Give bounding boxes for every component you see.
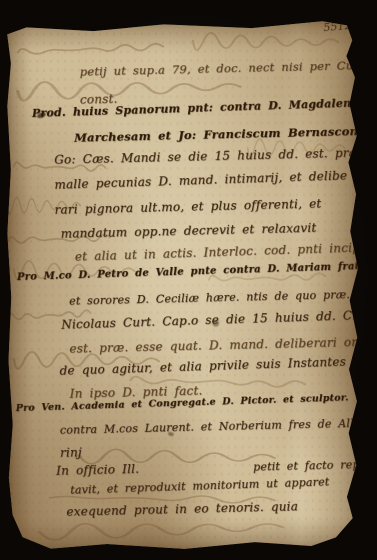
ink-bleedthrough-stroke [68, 449, 278, 463]
manuscript-line: Go: Cæs. Mandi se die 15 huius dd. est. … [54, 146, 360, 167]
scan-background: 5512 petij ut sup.a 79, et doc. nect nis… [0, 0, 377, 560]
manuscript-line: contra M.cos Laurent. et Norberium fres … [60, 417, 361, 437]
manuscript-line: In officio Ill. [56, 462, 139, 478]
manuscript-page: 5512 petij ut sup.a 79, et doc. nect nis… [5, 19, 360, 552]
manuscript-line: petit et facto repor [253, 458, 361, 474]
ink-bleedthrough-stroke [26, 520, 286, 538]
manuscript-line: petij ut sup.a 79, et doc. nect nisi per… [80, 58, 361, 79]
manuscript-line: et sorores D. Ceciliæ hære. ntis de quo … [69, 287, 361, 308]
ink-bleedthrough-stroke [15, 39, 165, 57]
folio-number: 5512 [323, 19, 352, 34]
ink-bleedthrough-stroke [14, 80, 244, 97]
manuscript-line: rinj [60, 445, 82, 460]
ink-bleedthrough-stroke [190, 35, 340, 49]
manuscript-line: mandatum opp.ne decrevit et relaxavit [61, 221, 317, 241]
manuscript-line: rari pignora ult.mo, et plus offerenti, … [54, 196, 321, 216]
manuscript-line: est. præ. esse quat. D. mand. deliberari… [69, 334, 360, 355]
manuscript-line: Nicolaus Curt. Cap.o se die 15 huius dd.… [61, 308, 356, 332]
manuscript-line: et alia ut in actis. Interloc. cod. pnti… [75, 240, 361, 263]
